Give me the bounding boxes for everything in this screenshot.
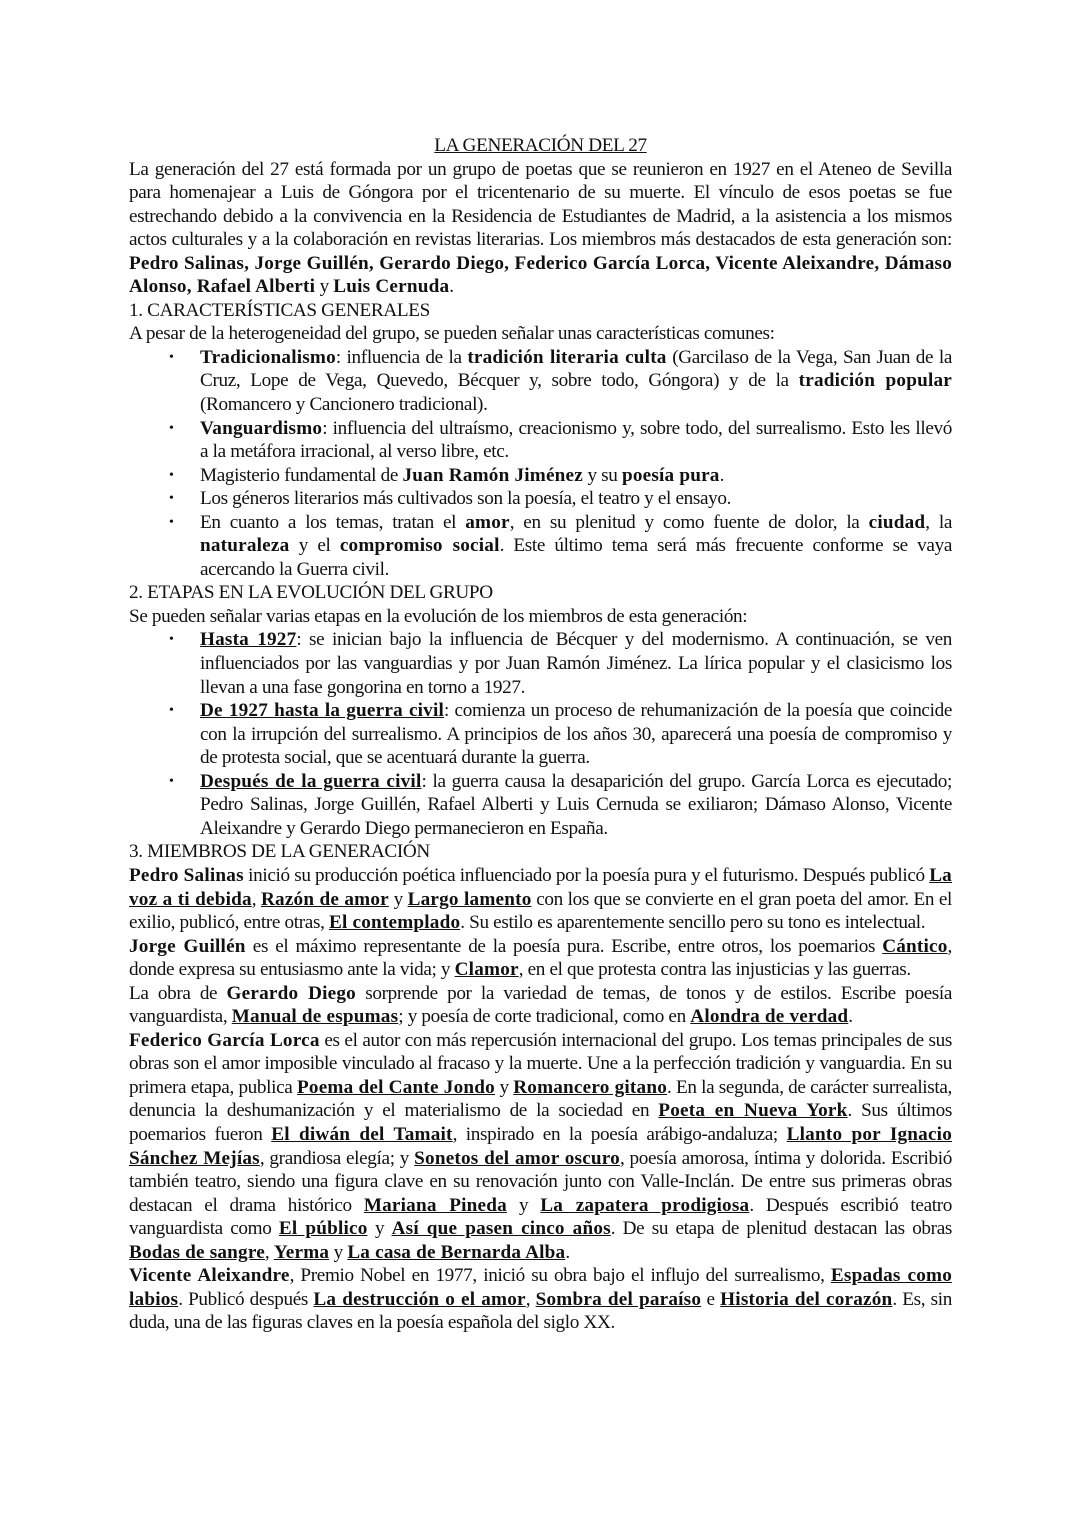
members-list: Pedro Salinas, Jorge Guillén, Gerardo Di… xyxy=(129,253,952,298)
text: ; y poesía de corte tradicional, como en xyxy=(398,1006,690,1027)
work-title: Mariana Pineda xyxy=(364,1195,507,1216)
list-item: •Después de la guerra civil: la guerra c… xyxy=(129,770,952,841)
text: , la xyxy=(925,512,952,533)
list-item: •Tradicionalismo: influencia de la tradi… xyxy=(129,346,952,417)
bullet-icon: • xyxy=(169,346,174,370)
section1-list: •Tradicionalismo: influencia de la tradi… xyxy=(129,346,952,581)
work-title: Poema del Cante Jondo xyxy=(297,1077,495,1098)
text: es el máximo representante de la poesía … xyxy=(246,936,883,957)
stage-term: De 1927 hasta la guerra civil xyxy=(200,700,444,721)
text: . De su etapa de plenitud destacan las o… xyxy=(611,1218,952,1239)
bold-term: compromiso social xyxy=(340,535,500,556)
bullet-icon: • xyxy=(169,487,174,511)
text: inició su producción poética influenciad… xyxy=(244,865,929,886)
work-title: Manual de espumas xyxy=(232,1006,399,1027)
text: . Publicó después xyxy=(178,1289,313,1310)
text: , Premio Nobel en 1977, inició su obra b… xyxy=(290,1265,831,1286)
paragraph-salinas: Pedro Salinas inició su producción poéti… xyxy=(129,864,952,935)
bullet-icon: • xyxy=(169,464,174,488)
section-heading-3: 3. MIEMBROS DE LA GENERACIÓN xyxy=(129,840,952,864)
section1-lead: A pesar de la heterogeneidad del grupo, … xyxy=(129,322,952,346)
section2-lead: Se pueden señalar varias etapas en la ev… xyxy=(129,605,952,629)
work-title: Cántico xyxy=(882,936,947,957)
author-name: Pedro Salinas xyxy=(129,865,244,886)
work-title: Romancero gitano xyxy=(513,1077,667,1098)
work-title: Alondra de verdad xyxy=(690,1006,848,1027)
text: La obra de xyxy=(129,983,227,1004)
work-title: Yerma xyxy=(274,1242,329,1263)
text: y xyxy=(368,1218,392,1239)
list-item: •Los géneros literarios más cultivados s… xyxy=(129,487,952,511)
paragraph-diego: La obra de Gerardo Diego sorprende por l… xyxy=(129,982,952,1029)
bullet-icon: • xyxy=(169,770,174,794)
text: , xyxy=(265,1242,274,1263)
text: . xyxy=(848,1006,852,1027)
section-heading-1: 1. CARACTERÍSTICAS GENERALES xyxy=(129,299,952,323)
text: , grandiosa elegía; y xyxy=(260,1148,414,1169)
text: . Su estilo es aparentemente sencillo pe… xyxy=(460,912,925,933)
paragraph-aleixandre: Vicente Aleixandre, Premio Nobel en 1977… xyxy=(129,1264,952,1335)
bold-term: Tradicionalismo xyxy=(200,347,336,368)
bold-term: tradición popular xyxy=(799,370,952,391)
bold-term: amor xyxy=(465,512,510,533)
text: , inspirado en la poesía arábigo-andaluz… xyxy=(453,1124,787,1145)
text: , en su plenitud y como fuente de dolor,… xyxy=(510,512,869,533)
text: y su xyxy=(583,465,622,486)
text: , xyxy=(252,889,261,910)
author-name: Gerardo Diego xyxy=(227,983,356,1004)
text: . xyxy=(565,1242,569,1263)
text: , xyxy=(526,1289,536,1310)
section-heading-2: 2. ETAPAS EN LA EVOLUCIÓN DEL GRUPO xyxy=(129,581,952,605)
work-title: Clamor xyxy=(455,959,519,980)
bold-term: tradición literaria culta xyxy=(467,347,666,368)
work-title: El contemplado xyxy=(329,912,460,933)
work-title: Historia del corazón xyxy=(720,1289,892,1310)
stage-term: Hasta 1927 xyxy=(200,629,296,650)
text: y xyxy=(495,1077,513,1098)
author-name: Federico García Lorca xyxy=(129,1030,320,1051)
document-page: LA GENERACIÓN DEL 27 La generación del 2… xyxy=(129,134,952,1335)
list-item: •De 1927 hasta la guerra civil: comienza… xyxy=(129,699,952,770)
paragraph-guillen: Jorge Guillén es el máximo representante… xyxy=(129,935,952,982)
work-title: Sombra del paraíso xyxy=(536,1289,701,1310)
work-title: La casa de Bernarda Alba xyxy=(347,1242,565,1263)
work-title: Bodas de sangre xyxy=(129,1242,265,1263)
list-item: •Magisterio fundamental de Juan Ramón Ji… xyxy=(129,464,952,488)
list-item: •Vanguardismo: influencia del ultraísmo,… xyxy=(129,417,952,464)
text: : se inician bajo la influencia de Bécqu… xyxy=(200,629,952,697)
bold-term: poesía pura xyxy=(622,465,720,486)
last-member: Luis Cernuda xyxy=(333,276,449,297)
stage-term: Después de la guerra civil xyxy=(200,771,421,792)
work-title: Razón de amor xyxy=(261,889,389,910)
bold-term: naturaleza xyxy=(200,535,289,556)
text: . xyxy=(720,465,724,486)
work-title: Poeta en Nueva York xyxy=(658,1100,847,1121)
bullet-icon: • xyxy=(169,511,174,535)
text: y xyxy=(389,889,408,910)
text: En cuanto a los temas, tratan el xyxy=(200,512,465,533)
bullet-icon: • xyxy=(169,699,174,723)
text: y xyxy=(507,1195,540,1216)
period: . xyxy=(449,276,453,297)
bold-term: Vanguardismo xyxy=(200,418,322,439)
intro-text: La generación del 27 está formada por un… xyxy=(129,159,952,251)
work-title: La destrucción o el amor xyxy=(313,1289,525,1310)
author-name: Vicente Aleixandre xyxy=(129,1265,290,1286)
paragraph-lorca: Federico García Lorca es el autor con má… xyxy=(129,1029,952,1264)
work-title: El diwán del Tamait xyxy=(271,1124,452,1145)
work-title: El público xyxy=(279,1218,368,1239)
text: Los géneros literarios más cultivados so… xyxy=(200,488,731,509)
text: (Romancero y Cancionero tradicional). xyxy=(200,394,488,415)
text: e xyxy=(701,1289,720,1310)
text: y el xyxy=(289,535,339,556)
work-title: La zapatera prodigiosa xyxy=(540,1195,749,1216)
text: , en el que protesta contra las injustic… xyxy=(519,959,911,980)
conjunction: y xyxy=(315,276,333,297)
text: Magisterio fundamental de xyxy=(200,465,402,486)
bold-term: Juan Ramón Jiménez xyxy=(402,465,583,486)
intro-paragraph: La generación del 27 está formada por un… xyxy=(129,158,952,299)
work-title: Así que pasen cinco años xyxy=(392,1218,611,1239)
text: : influencia de la xyxy=(336,347,467,368)
text: y xyxy=(329,1242,347,1263)
document-title: LA GENERACIÓN DEL 27 xyxy=(129,134,952,158)
list-item: •Hasta 1927: se inician bajo la influenc… xyxy=(129,628,952,699)
work-title: Largo lamento xyxy=(408,889,532,910)
bullet-icon: • xyxy=(169,417,174,441)
list-item: •En cuanto a los temas, tratan el amor, … xyxy=(129,511,952,582)
work-title: Sonetos del amor oscuro xyxy=(414,1148,620,1169)
author-name: Jorge Guillén xyxy=(129,936,246,957)
bullet-icon: • xyxy=(169,628,174,652)
bold-term: ciudad xyxy=(869,512,926,533)
section2-list: •Hasta 1927: se inician bajo la influenc… xyxy=(129,628,952,840)
